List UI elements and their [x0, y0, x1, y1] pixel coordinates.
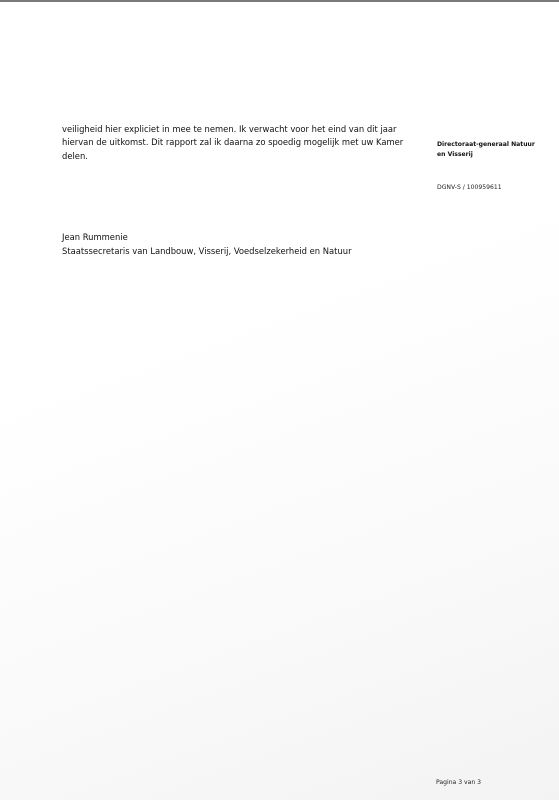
paragraph-line: hiervan de uitkomst. Dit rapport zal ik … [62, 136, 442, 149]
document-reference: DGNV-S / 100959611 [437, 183, 557, 193]
letter-body-paragraph: veiligheid hier expliciet in mee te neme… [62, 123, 442, 163]
signatory-title: Staatssecretaris van Landbouw, Visserij,… [62, 245, 352, 259]
signatory-name: Jean Rummenie [62, 231, 352, 245]
signature-block: Jean Rummenie Staatssecretaris van Landb… [62, 231, 352, 258]
paragraph-line: delen. [62, 150, 442, 163]
top-border-rule [0, 0, 559, 2]
sender-sidebar: Directoraat-generaal Natuur en Visserij … [437, 140, 557, 192]
organization-line: en Visserij [437, 150, 557, 160]
organization-line: Directoraat-generaal Natuur [437, 140, 557, 150]
paragraph-line: veiligheid hier expliciet in mee te neme… [62, 123, 442, 136]
page-number: Pagina 3 van 3 [436, 779, 481, 786]
sender-organization: Directoraat-generaal Natuur en Visserij [437, 140, 557, 160]
